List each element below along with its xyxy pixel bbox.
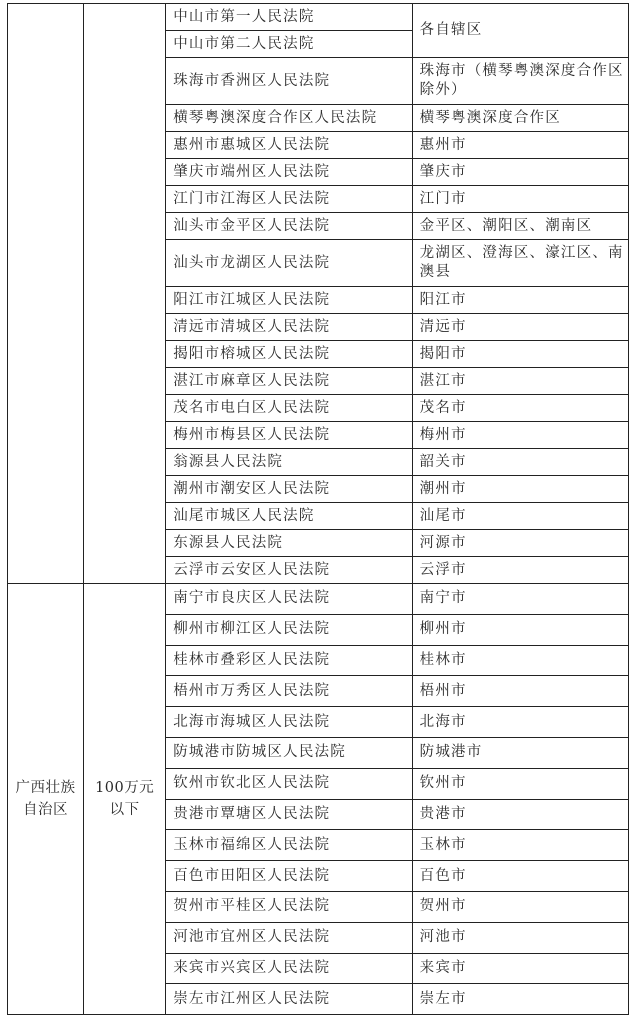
court-cell: 贵港市覃塘区人民法院	[166, 799, 412, 830]
amount-cell	[84, 4, 166, 584]
court-cell: 梧州市万秀区人民法院	[166, 676, 412, 707]
court-cell: 贺州市平桂区人民法院	[166, 891, 412, 922]
court-cell: 潮州市潮安区人民法院	[166, 476, 412, 503]
court-cell: 玉林市福绵区人民法院	[166, 830, 412, 861]
court-cell: 汕头市金平区人民法院	[166, 213, 412, 240]
jurisdiction-cell: 惠州市	[412, 132, 628, 159]
jurisdiction-cell: 梅州市	[412, 422, 628, 449]
jurisdiction-cell: 各自辖区	[412, 4, 628, 58]
court-cell: 惠州市惠城区人民法院	[166, 132, 412, 159]
court-cell: 北海市海城区人民法院	[166, 707, 412, 738]
amount-cell: 100万元以下	[84, 584, 166, 1015]
jurisdiction-cell: 肇庆市	[412, 159, 628, 186]
jurisdiction-cell: 柳州市	[412, 614, 628, 645]
jurisdiction-cell: 梧州市	[412, 676, 628, 707]
court-cell: 清远市清城区人民法院	[166, 314, 412, 341]
jurisdiction-cell: 珠海市（横琴粤澳深度合作区除外）	[412, 58, 628, 105]
court-cell: 中山市第一人民法院	[166, 4, 412, 31]
region-cell	[8, 4, 84, 584]
court-cell: 崇左市江州区人民法院	[166, 984, 412, 1015]
jurisdiction-cell: 北海市	[412, 707, 628, 738]
jurisdiction-cell: 茂名市	[412, 395, 628, 422]
court-jurisdiction-table: 中山市第一人民法院 各自辖区 中山市第二人民法院 珠海市香洲区人民法院 珠海市（…	[7, 3, 629, 1015]
jurisdiction-cell: 贺州市	[412, 891, 628, 922]
court-cell: 来宾市兴宾区人民法院	[166, 953, 412, 984]
jurisdiction-cell: 百色市	[412, 861, 628, 892]
jurisdiction-cell: 贵港市	[412, 799, 628, 830]
jurisdiction-cell: 汕尾市	[412, 503, 628, 530]
section-guangdong: 中山市第一人民法院 各自辖区 中山市第二人民法院 珠海市香洲区人民法院 珠海市（…	[8, 4, 629, 584]
jurisdiction-cell: 清远市	[412, 314, 628, 341]
court-cell: 汕尾市城区人民法院	[166, 503, 412, 530]
region-cell: 广西壮族自治区	[8, 584, 84, 1015]
court-cell: 中山市第二人民法院	[166, 31, 412, 58]
jurisdiction-cell: 来宾市	[412, 953, 628, 984]
jurisdiction-cell: 玉林市	[412, 830, 628, 861]
jurisdiction-cell: 崇左市	[412, 984, 628, 1015]
court-cell: 肇庆市端州区人民法院	[166, 159, 412, 186]
court-cell: 珠海市香洲区人民法院	[166, 58, 412, 105]
jurisdiction-cell: 河源市	[412, 530, 628, 557]
section-guangxi: 广西壮族自治区 100万元以下 南宁市良庆区人民法院 南宁市 柳州市柳江区人民法…	[8, 584, 629, 1015]
court-cell: 河池市宜州区人民法院	[166, 922, 412, 953]
jurisdiction-cell: 桂林市	[412, 645, 628, 676]
jurisdiction-cell: 江门市	[412, 186, 628, 213]
court-cell: 梅州市梅县区人民法院	[166, 422, 412, 449]
court-cell: 江门市江海区人民法院	[166, 186, 412, 213]
jurisdiction-cell: 韶关市	[412, 449, 628, 476]
jurisdiction-cell: 河池市	[412, 922, 628, 953]
jurisdiction-cell: 湛江市	[412, 368, 628, 395]
court-cell: 百色市田阳区人民法院	[166, 861, 412, 892]
court-cell: 茂名市电白区人民法院	[166, 395, 412, 422]
jurisdiction-cell: 云浮市	[412, 557, 628, 584]
jurisdiction-cell: 南宁市	[412, 584, 628, 615]
court-cell: 揭阳市榕城区人民法院	[166, 341, 412, 368]
table-row: 广西壮族自治区 100万元以下 南宁市良庆区人民法院 南宁市	[8, 584, 629, 615]
jurisdiction-cell: 龙湖区、澄海区、濠江区、南澳县	[412, 240, 628, 287]
court-cell: 翁源县人民法院	[166, 449, 412, 476]
court-cell: 钦州市钦北区人民法院	[166, 768, 412, 799]
jurisdiction-cell: 防城港市	[412, 737, 628, 768]
court-cell: 汕头市龙湖区人民法院	[166, 240, 412, 287]
jurisdiction-cell: 钦州市	[412, 768, 628, 799]
court-cell: 云浮市云安区人民法院	[166, 557, 412, 584]
court-cell: 阳江市江城区人民法院	[166, 287, 412, 314]
court-cell: 防城港市防城区人民法院	[166, 737, 412, 768]
table-row: 中山市第一人民法院 各自辖区	[8, 4, 629, 31]
jurisdiction-cell: 金平区、潮阳区、潮南区	[412, 213, 628, 240]
jurisdiction-cell: 潮州市	[412, 476, 628, 503]
jurisdiction-cell: 揭阳市	[412, 341, 628, 368]
court-cell: 桂林市叠彩区人民法院	[166, 645, 412, 676]
court-cell: 南宁市良庆区人民法院	[166, 584, 412, 615]
jurisdiction-cell: 阳江市	[412, 287, 628, 314]
court-cell: 横琴粤澳深度合作区人民法院	[166, 105, 412, 132]
court-cell: 湛江市麻章区人民法院	[166, 368, 412, 395]
jurisdiction-cell: 横琴粤澳深度合作区	[412, 105, 628, 132]
court-cell: 东源县人民法院	[166, 530, 412, 557]
court-cell: 柳州市柳江区人民法院	[166, 614, 412, 645]
